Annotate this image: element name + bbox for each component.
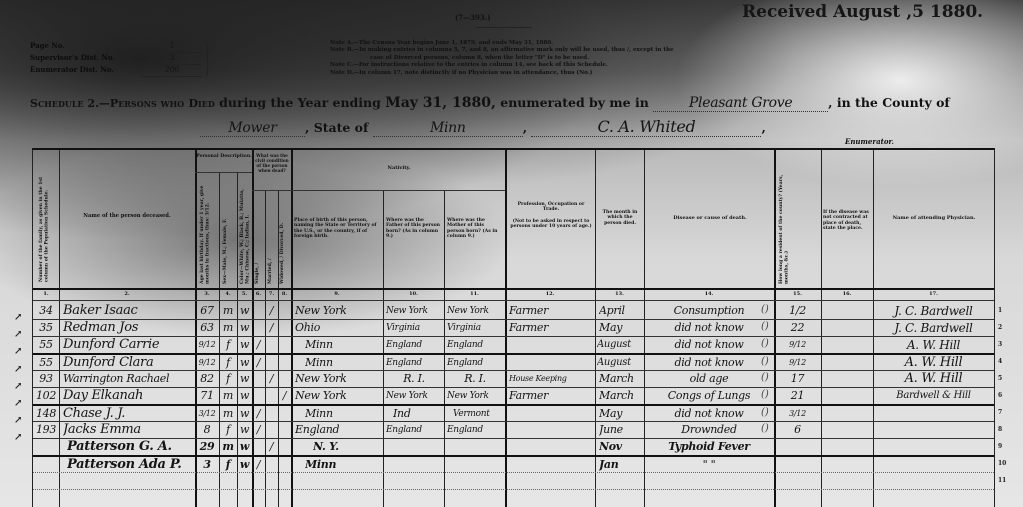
physician-name: J. C. Bardwell — [873, 303, 994, 319]
line-number: 5 — [998, 375, 1002, 382]
age: 82 — [195, 371, 219, 387]
birthplace: England — [295, 422, 381, 438]
col-divider — [595, 150, 596, 507]
occupation — [509, 337, 593, 353]
instruction-notes: Note A.—The Census Year begins June 1, 1… — [330, 40, 850, 77]
col11-header: Where was the Mother of this person born… — [447, 218, 503, 240]
line-number: 3 — [998, 341, 1002, 348]
mark-glyph: () — [761, 407, 769, 418]
enumerator-district-label: Enumerator Dist. No. — [30, 64, 142, 76]
widowed-mark — [278, 337, 291, 353]
colnum-14: 14. — [644, 291, 774, 297]
color: w — [237, 388, 252, 404]
physician-name: J. C. Bardwell — [873, 320, 994, 336]
occupation: Farmer — [509, 320, 593, 336]
birthplace: Minn — [305, 355, 381, 371]
col8-header: Widowed, / Divorced, D. — [280, 200, 290, 284]
group-rule — [195, 172, 252, 173]
col17-header: Name of attending Physician. — [875, 216, 993, 221]
color: w — [237, 406, 252, 422]
mother-birthplace: Vermont — [453, 406, 503, 422]
line-number: 11 — [998, 477, 1006, 484]
form-code-rule — [476, 27, 532, 28]
col-divider — [383, 190, 384, 507]
occupation — [509, 355, 593, 371]
residence-length: 6 — [774, 422, 821, 438]
single-mark — [252, 303, 265, 319]
family-number: 193 — [33, 422, 59, 438]
census-mortality-schedule-page: (7—393.) Received August ,5 1880. Page N… — [0, 0, 1023, 507]
deceased-name: Patterson G. A. — [67, 439, 193, 455]
colnum-6: 6. — [252, 291, 265, 297]
form-code: (7—393.) — [455, 13, 491, 22]
color: w — [237, 371, 252, 387]
col4-header: Sex—Male, M.; Female, F. — [223, 210, 235, 284]
county-line: Mower , State of Minn , C. A. Whited , — [200, 117, 766, 137]
column-number-rule — [33, 300, 994, 301]
residence-length — [774, 439, 821, 455]
physician-name: A. W. Hill — [873, 371, 994, 387]
death-month: Nov — [599, 439, 643, 455]
birthplace: Ohio — [295, 320, 381, 336]
family-number: 148 — [33, 406, 59, 422]
cause-of-death: Typhoid Fever — [644, 439, 774, 455]
mother-birthplace: England — [447, 355, 503, 371]
single-mark — [252, 439, 265, 455]
occupation: Farmer — [509, 388, 593, 404]
county-field: Mower — [200, 120, 305, 137]
line-number: 10 — [998, 460, 1006, 467]
page-number-label: Page No. — [30, 40, 142, 52]
color: w — [237, 337, 252, 353]
colnum-2: 2. — [59, 291, 195, 297]
colnum-4: 4. — [219, 291, 237, 297]
age: 9/12 — [195, 355, 219, 371]
father-birthplace: Ind — [393, 406, 443, 422]
sex: m — [219, 388, 237, 404]
age: 9/12 — [195, 337, 219, 353]
disease-contracted-place — [821, 355, 873, 371]
sex: f — [219, 355, 237, 371]
family-number: 55 — [33, 337, 59, 353]
mark-glyph: () — [761, 389, 769, 400]
residence-length: 9/12 — [774, 337, 821, 353]
group-rule — [291, 190, 505, 191]
colnum-10: 10. — [383, 291, 444, 297]
sex: f — [219, 457, 237, 473]
family-number — [33, 457, 59, 473]
cause-of-death: did not know — [644, 337, 774, 353]
col10-header: Where was the Father of this person born… — [386, 218, 442, 240]
married-mark — [265, 355, 278, 371]
cause-of-death: " " — [644, 457, 774, 473]
occupation — [509, 457, 593, 473]
col-divider — [291, 150, 293, 507]
birthplace: New York — [295, 371, 381, 387]
disease-contracted-place — [821, 371, 873, 387]
death-month: April — [599, 303, 643, 319]
supervisor-district-label: Supervisor's Dist. No. — [30, 52, 142, 64]
check-mark-icon: ↗ — [14, 432, 22, 443]
death-month: August — [597, 337, 643, 353]
col6-header: Single, / — [255, 240, 264, 284]
state-of-label: , State of — [305, 120, 368, 135]
note-b-cont: case of Divorced persons, column 8, when… — [330, 55, 850, 62]
birthplace: New York — [295, 303, 381, 319]
sex: f — [219, 337, 237, 353]
enumerator-district-value: 206 — [142, 64, 202, 77]
father-birthplace — [386, 439, 442, 455]
single-mark: / — [252, 406, 265, 422]
col-divider — [505, 150, 507, 507]
header-rule — [33, 288, 994, 290]
disease-contracted-place — [821, 388, 873, 404]
family-number — [33, 439, 59, 455]
col16-header: If the disease was not contracted at pla… — [823, 210, 871, 232]
line-number: 6 — [998, 392, 1002, 399]
single-mark — [252, 371, 265, 387]
mark-glyph: () — [761, 356, 769, 367]
supervisor-district-field: Supervisor's Dist. No. 3 — [30, 52, 202, 64]
colnum-7: 7. — [265, 291, 278, 297]
deceased-name — [63, 474, 193, 490]
mark-glyph: () — [761, 321, 769, 332]
schedule-title: Schedule 2.—Persons who Died during the … — [30, 95, 950, 112]
colnum-5: 5. — [237, 291, 252, 297]
single-mark — [252, 320, 265, 336]
group-rule — [252, 190, 291, 191]
age: 8 — [195, 422, 219, 438]
schedule-prefix: Schedule 2.—Persons who — [30, 97, 184, 110]
line-number: 9 — [998, 443, 1002, 450]
physician-name — [873, 457, 994, 473]
disease-contracted-place — [821, 439, 873, 455]
cause-of-death: Consumption — [644, 303, 774, 319]
col12-note: (Not to be asked in respect to persons u… — [509, 219, 593, 230]
married-mark: / — [265, 303, 278, 319]
single-mark: / — [252, 355, 265, 371]
father-birthplace: England — [386, 337, 442, 353]
cause-of-death: Congs of Lungs — [644, 388, 774, 404]
civil-condition-header: What was the civil condition of the pers… — [253, 153, 291, 173]
sex: f — [219, 371, 237, 387]
check-mark-icon: ↗ — [14, 346, 22, 357]
death-month: Jan — [599, 457, 643, 473]
father-birthplace: England — [386, 355, 442, 371]
occupation — [509, 439, 593, 455]
enumerator-district-field: Enumerator Dist. No. 206 — [30, 64, 202, 76]
colnum-16: 16. — [821, 291, 873, 297]
col-divider — [444, 190, 445, 507]
colnum-13: 13. — [595, 291, 644, 297]
personal-description-header: Personal Description. — [196, 154, 252, 159]
schedule-date: May 31, 1880, — [385, 95, 496, 111]
widowed-mark — [278, 439, 291, 455]
single-mark: / — [252, 337, 265, 353]
line-number: 7 — [998, 409, 1002, 416]
line-number: 2 — [998, 324, 1002, 331]
deceased-name: Jacks Emma — [63, 422, 193, 438]
age: 67 — [195, 303, 219, 319]
family-number: 34 — [33, 303, 59, 319]
widowed-mark — [278, 303, 291, 319]
color: w — [237, 457, 252, 473]
married-mark — [265, 457, 278, 473]
brace-divider — [203, 40, 208, 78]
widowed-mark — [278, 320, 291, 336]
enumerator-label: Enumerator. — [845, 137, 894, 146]
schedule-mid: during the Year ending — [219, 95, 381, 110]
check-mark-icon: ↗ — [14, 415, 22, 426]
mother-birthplace: England — [447, 422, 503, 438]
mother-birthplace: Virginia — [447, 320, 503, 336]
color: w — [237, 320, 252, 336]
widowed-mark: / — [278, 388, 291, 404]
single-mark — [252, 388, 265, 404]
district-fields: Page No. 1 Supervisor's Dist. No. 3 Enum… — [30, 40, 202, 76]
county-of-label: , in the County of — [828, 95, 950, 110]
father-birthplace: England — [386, 422, 442, 438]
father-birthplace: New York — [386, 388, 442, 404]
colnum-11: 11. — [444, 291, 505, 297]
color: w — [237, 439, 252, 455]
cause-of-death: did not know — [644, 320, 774, 336]
colnum-12: 12. — [505, 291, 595, 297]
married-mark — [265, 406, 278, 422]
age: 3 — [195, 457, 219, 473]
received-stamp: Received August ,5 1880. — [742, 2, 983, 22]
check-mark-icon: ↗ — [14, 398, 22, 409]
cause-of-death: Drownded — [644, 422, 774, 438]
father-birthplace: New York — [386, 303, 442, 319]
col5-header: Color—White, W.; Black, B.; Mulatto, Mu.… — [240, 176, 252, 284]
col13-header: The month in which the person died. — [599, 210, 641, 226]
note-a: Note A.—The Census Year begins June 1, 1… — [330, 40, 850, 47]
mother-birthplace: England — [447, 337, 503, 353]
physician-name — [873, 439, 994, 455]
deceased-name: Chase J. J. — [63, 406, 193, 422]
age: 3/12 — [195, 406, 219, 422]
deceased-name: Redman Jos — [63, 320, 193, 336]
family-number: 102 — [33, 388, 59, 404]
disease-contracted-place — [821, 320, 873, 336]
color: w — [237, 303, 252, 319]
age: 63 — [195, 320, 219, 336]
col9-header: Place of birth of this person, naming th… — [294, 218, 382, 240]
disease-contracted-place — [821, 457, 873, 473]
color: w — [237, 355, 252, 371]
married-mark — [265, 422, 278, 438]
death-month: March — [599, 371, 643, 387]
cause-of-death: did not know — [644, 406, 774, 422]
family-number: 35 — [33, 320, 59, 336]
married-mark: / — [265, 371, 278, 387]
mother-birthplace — [447, 457, 503, 473]
physician-name — [873, 406, 994, 422]
sex: m — [219, 406, 237, 422]
line-number: 8 — [998, 426, 1002, 433]
father-birthplace — [386, 457, 442, 473]
note-b: Note B.—In making entries in columns 5, … — [330, 47, 850, 54]
married-mark: / — [265, 439, 278, 455]
widowed-mark — [278, 371, 291, 387]
enumerator-signature: C. A. Whited — [531, 117, 761, 137]
check-mark-icon: ↗ — [14, 381, 22, 392]
deceased-name: Baker Isaac — [63, 303, 193, 319]
occupation: Farmer — [509, 303, 593, 319]
colnum-1: 1. — [33, 291, 59, 297]
mother-birthplace — [447, 439, 503, 455]
note-d: Note D.—In column 17, note distinctly if… — [330, 70, 850, 77]
birthplace: Minn — [305, 457, 381, 473]
married-mark — [265, 388, 278, 404]
col14-header: Disease or cause of death. — [647, 216, 773, 221]
state-field: Minn — [373, 120, 523, 137]
residence-length — [774, 457, 821, 473]
township-field: Pleasant Grove — [653, 95, 828, 112]
check-mark-icon: ↗ — [14, 312, 22, 323]
residence-length: 3/12 — [774, 406, 821, 422]
father-birthplace: Virginia — [386, 320, 442, 336]
schedule-died: Died — [188, 97, 214, 110]
married-mark — [265, 337, 278, 353]
deceased-name: Warrington Rachael — [63, 371, 193, 387]
colnum-9: 9. — [291, 291, 383, 297]
deceased-name: Day Elkanah — [63, 388, 193, 404]
disease-contracted-place — [821, 303, 873, 319]
col12-header: Profession, Occupation or Trade. (Not to… — [509, 202, 593, 230]
physician-name — [873, 422, 994, 438]
mark-glyph: () — [761, 372, 769, 383]
death-month: August — [597, 355, 643, 371]
widowed-mark — [278, 422, 291, 438]
death-month: May — [599, 406, 643, 422]
col-divider — [59, 150, 60, 507]
col7-header: Married, / — [268, 240, 277, 284]
residence-length: 22 — [774, 320, 821, 336]
mother-birthplace: New York — [447, 388, 503, 404]
family-number: 55 — [33, 355, 59, 371]
disease-contracted-place — [821, 337, 873, 353]
color: w — [237, 422, 252, 438]
birthplace: Minn — [305, 406, 381, 422]
physician-name: A. W. Hill — [873, 337, 994, 353]
note-c: Note C.—For instructions relative to the… — [330, 62, 850, 69]
disease-contracted-place — [821, 422, 873, 438]
colnum-8: 8. — [278, 291, 291, 297]
mark-glyph: () — [761, 304, 769, 315]
nativity-header: Nativity. — [293, 166, 505, 171]
age: 29 — [195, 439, 219, 455]
birthplace: New York — [295, 388, 381, 404]
birthplace: Minn — [305, 337, 381, 353]
cause-of-death: did not know — [644, 355, 774, 371]
col12-title: Profession, Occupation or Trade. — [509, 202, 593, 213]
colnum-17: 17. — [873, 291, 994, 297]
birthplace: N. Y. — [313, 439, 381, 455]
mark-glyph: () — [761, 338, 769, 349]
sex: f — [219, 422, 237, 438]
mark-glyph: () — [761, 423, 769, 434]
married-mark: / — [265, 320, 278, 336]
family-number: 93 — [33, 371, 59, 387]
residence-length: 1/2 — [774, 303, 821, 319]
physician-name: Bardwell & Hill — [873, 388, 994, 404]
cause-of-death: old age — [644, 371, 774, 387]
colnum-15: 15. — [774, 291, 821, 297]
occupation — [509, 422, 593, 438]
single-mark: / — [252, 422, 265, 438]
widowed-mark — [278, 406, 291, 422]
age: 71 — [195, 388, 219, 404]
death-month: May — [599, 320, 643, 336]
death-month: June — [599, 422, 643, 438]
deceased-name: Dunford Clara — [63, 355, 193, 371]
single-mark: / — [252, 457, 265, 473]
colnum-3: 3. — [195, 291, 219, 297]
physician-name: A. W. Hill — [873, 355, 994, 371]
residence-length: 21 — [774, 388, 821, 404]
widowed-mark — [278, 457, 291, 473]
occupation — [509, 406, 593, 422]
deceased-name: Dunford Carrie — [63, 337, 193, 353]
sex: m — [219, 303, 237, 319]
sex: m — [219, 320, 237, 336]
check-mark-icon: ↗ — [14, 364, 22, 375]
line-number: 4 — [998, 358, 1002, 365]
col3-header: Age last birthday. If under 1 year, give… — [200, 176, 216, 284]
col1-header: Number of the family, as given in the 1s… — [39, 158, 53, 282]
mortality-table: Number of the family, as given in the 1s… — [32, 148, 995, 507]
mother-birthplace: R. I. — [447, 371, 503, 387]
widowed-mark — [278, 355, 291, 371]
residence-length: 17 — [774, 371, 821, 387]
disease-contracted-place — [821, 406, 873, 422]
page-number-field: Page No. 1 — [30, 40, 202, 52]
col15-header: How long a resident of the county? (Year… — [779, 158, 815, 284]
check-mark-icon: ↗ — [14, 329, 22, 340]
occupation: House Keeping — [509, 371, 595, 387]
death-month: March — [599, 388, 643, 404]
line-number: 1 — [998, 307, 1002, 314]
sex: m — [219, 439, 237, 455]
father-birthplace: R. I. — [386, 371, 442, 387]
schedule-enumerated: enumerated by me in — [500, 95, 649, 110]
deceased-name: Patterson Ada P. — [67, 457, 193, 473]
residence-length: 9/12 — [774, 355, 821, 371]
mother-birthplace: New York — [447, 303, 503, 319]
col2-header: Name of the person deceased. — [61, 214, 193, 219]
